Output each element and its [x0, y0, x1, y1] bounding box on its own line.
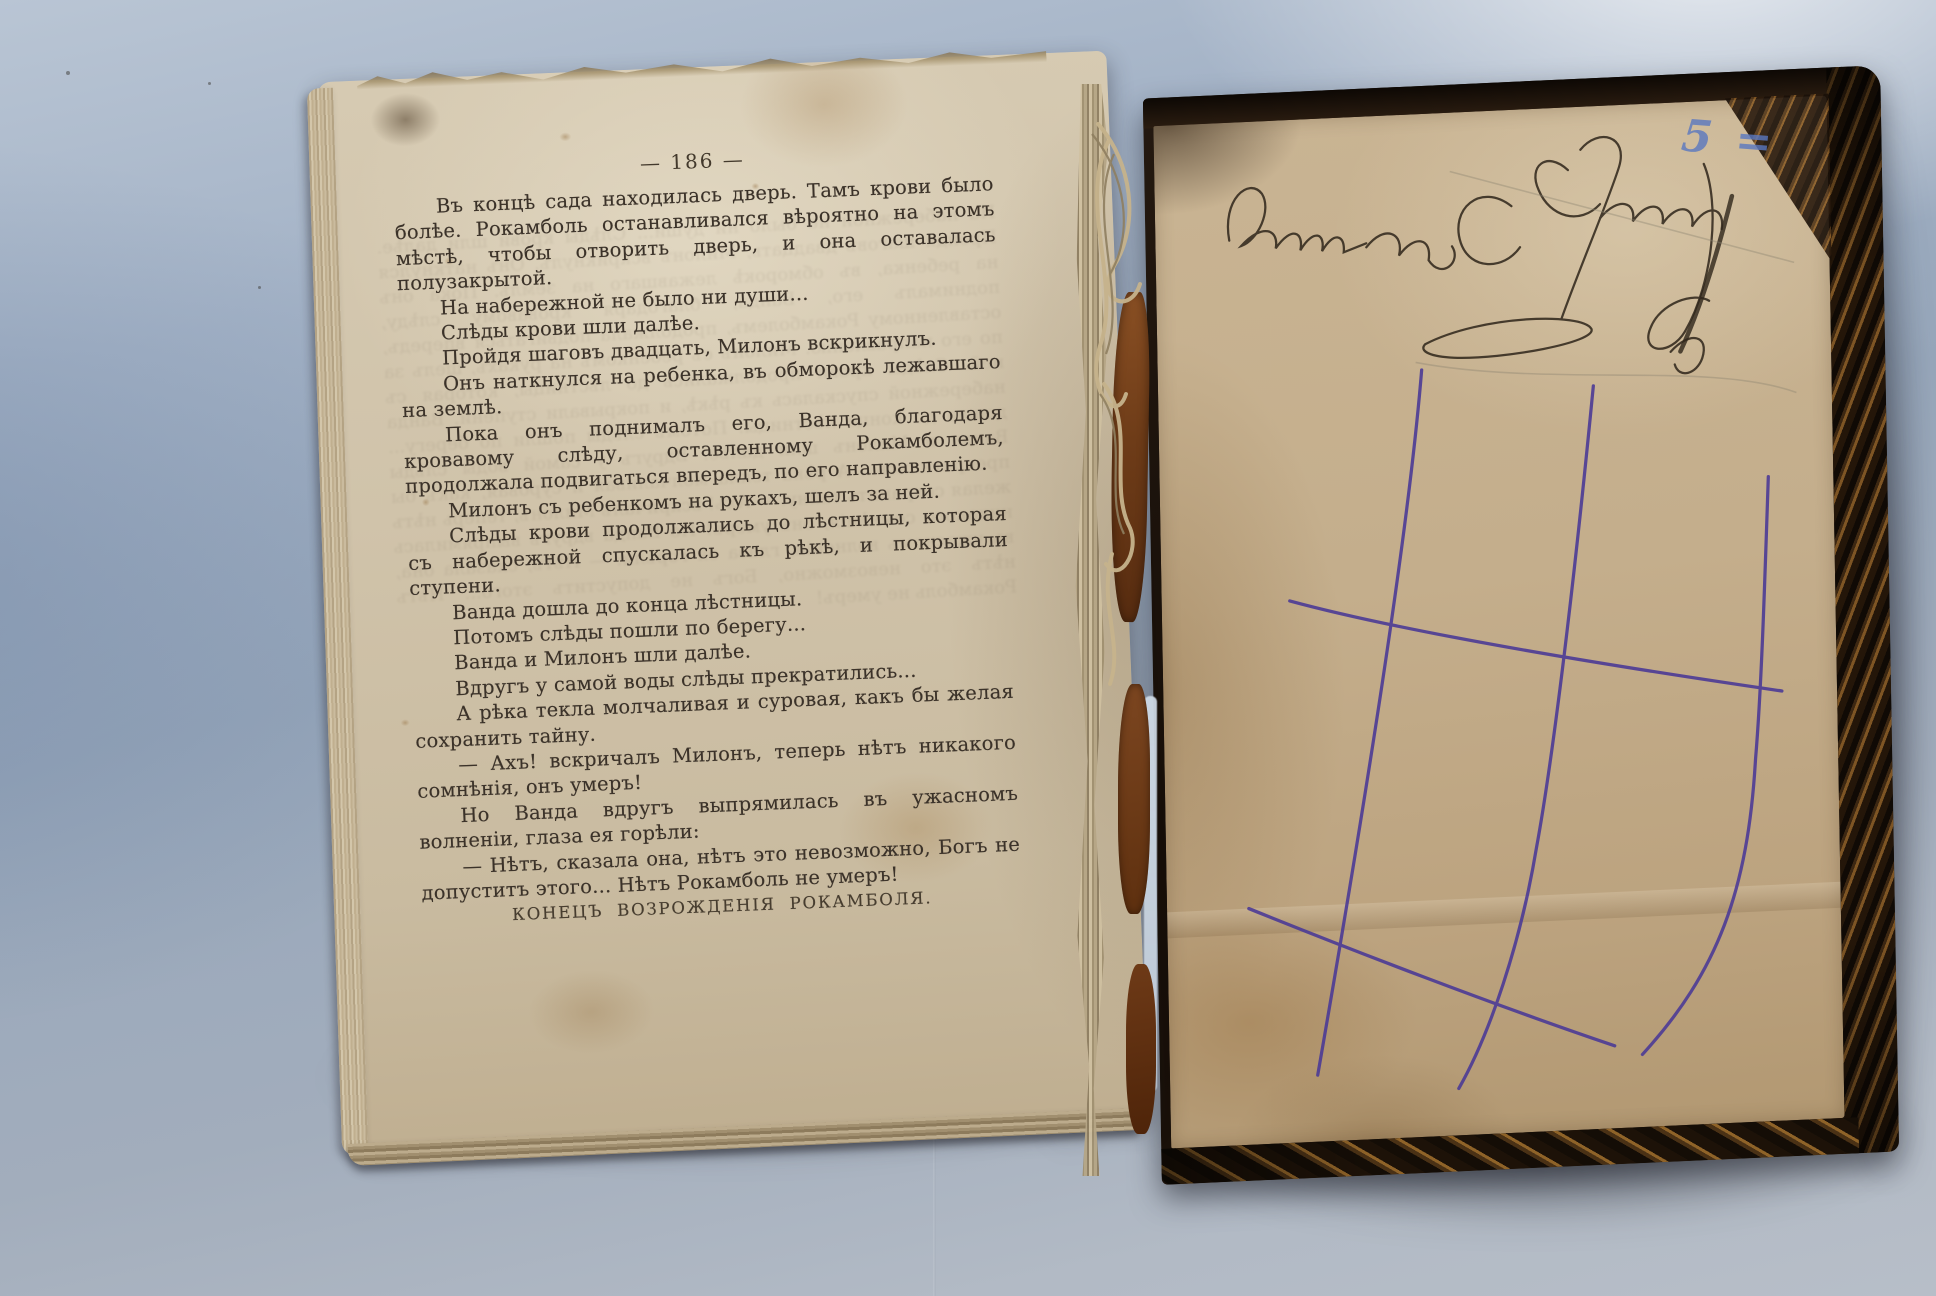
doodle-stroke	[1290, 579, 1782, 714]
left-page: На набережной не было ни души... Слѣды к…	[317, 51, 1149, 1150]
page-edge-stack-left	[307, 88, 368, 1156]
printed-text-column: Въ концѣ сада находилась дверь. Тамъ кро…	[393, 171, 1022, 931]
photo-background: 5 = На набережной не было ни души.	[0, 0, 1936, 1296]
dust-speck	[258, 286, 261, 289]
dust-speck	[208, 82, 211, 85]
foxing-spot	[401, 719, 410, 726]
doodle-stroke	[1447, 386, 1606, 1089]
torn-edge-top	[356, 44, 1046, 90]
doodle-stroke	[1632, 477, 1778, 1055]
dust-speck	[66, 71, 70, 75]
doodle-stroke	[1305, 370, 1433, 1075]
ink-doodle	[1153, 96, 1844, 1149]
pastedown-paper: 5 =	[1153, 96, 1844, 1149]
foxing-spot	[559, 132, 571, 141]
wear-stain	[369, 91, 441, 148]
doodle-stroke	[1249, 892, 1615, 1062]
inside-back-cover: 5 =	[1143, 65, 1899, 1185]
